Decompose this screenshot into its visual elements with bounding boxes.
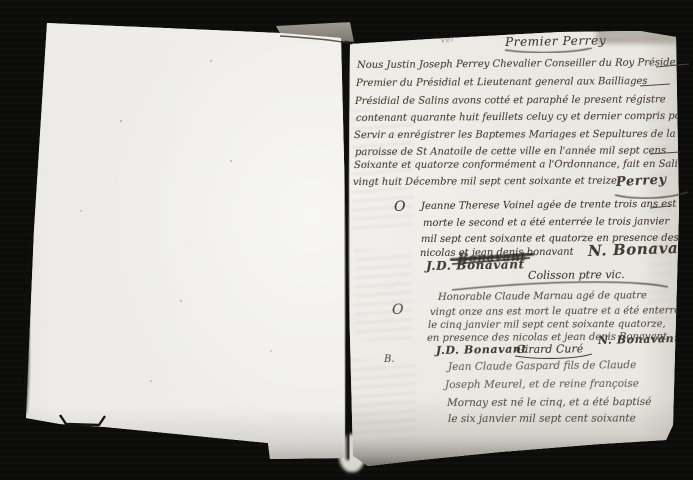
right-page-top-shadow	[596, 27, 680, 44]
witness-signature: J.D. Bonavant	[426, 257, 525, 273]
priest-signature: Colisson ptre vic.	[528, 268, 625, 282]
pencil-note: Ver	[439, 34, 456, 46]
left-page-bottom-shadow	[20, 408, 346, 468]
manuscript-line: Jeanne Therese Voinel agée de trente tro…	[421, 199, 676, 212]
manuscript-line: Servir a enrégistrer les Baptemes Mariag…	[354, 129, 676, 141]
manuscript-line: Présidial de Salins avons cotté et parap…	[355, 94, 666, 107]
manuscript-line: le cinq janvier mil sept cent soixante q…	[428, 319, 666, 331]
witness-signature: N. Bonavant	[598, 332, 680, 347]
right-page-bottom-shadow	[345, 398, 693, 470]
page-title: Premier Perrey	[505, 33, 606, 49]
priest-signature: Girard Curé	[516, 342, 583, 356]
paper-specks	[120, 120, 122, 122]
manuscript-line: Mornay est né le cinq, et a été baptisé	[447, 396, 651, 409]
manuscript-line: vingt huit Décembre mil sept cent soixan…	[353, 176, 620, 188]
manuscript-line: Premier du Présidial et Lieutenant gener…	[356, 76, 648, 89]
witness-signature: N. Bonavant	[588, 238, 693, 260]
scanned-register-spread: Ver Premier Perrey Nous Justin Joseph Pe…	[0, 0, 693, 480]
margin-mark: O	[392, 302, 403, 318]
manuscript-line: contenant quarante huit feuillets celuy …	[356, 111, 692, 124]
perrey-signature: Perrey	[616, 172, 668, 190]
manuscript-line: Soixante et quatorze conformément a l'Or…	[354, 159, 693, 171]
manuscript-line: Jean Claude Gaspard fils de Claude	[448, 359, 636, 373]
manuscript-line: Honorable Claude Marnau agé de quatre	[438, 290, 647, 303]
manuscript-line: paroisse de St Anatoile de cette ville e…	[355, 145, 666, 158]
manuscript-line: Nous Justin Joseph Perrey Chevalier Cons…	[357, 57, 686, 71]
manuscript-line: le six janvier mil sept cent soixante	[448, 412, 636, 425]
manuscript-line: morte le second et a été enterrée le tro…	[423, 216, 669, 229]
manuscript-line: vingt onze ans est mort le quatre et a é…	[430, 305, 680, 318]
margin-mark: O	[394, 199, 405, 215]
manuscript-line: Joseph Meurel, et de reine françoise	[445, 378, 639, 391]
margin-mark: B.	[384, 354, 395, 365]
ink-bleedthrough	[352, 360, 416, 440]
ink-bleedthrough	[354, 250, 412, 340]
witness-signature: J.D. Bonavant	[436, 342, 527, 357]
